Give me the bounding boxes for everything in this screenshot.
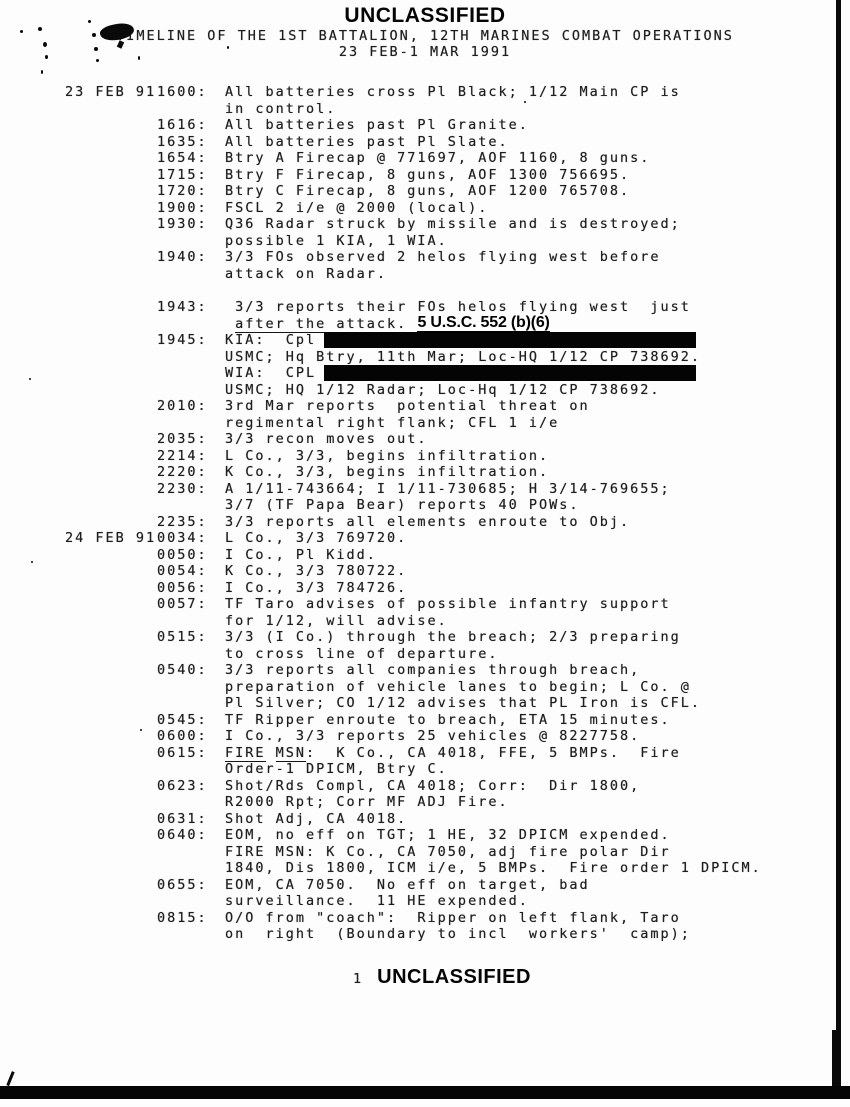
ink-speck — [88, 20, 91, 23]
entry-text: Btry C Firecap, 8 guns, AOF 1200 765708. — [225, 183, 846, 200]
text-segment: Btry A Firecap @ 771697, AOF 1160, 8 gun… — [225, 150, 650, 166]
text-segment: R2000 Rpt; Corr MF ADJ Fire. — [225, 794, 509, 810]
entry-date: 24 FEB 91 — [0, 530, 157, 547]
entry-text: L Co., 3/3 769720. — [225, 530, 846, 547]
text-segment: K Co., 3/3, begins infiltration. — [225, 464, 549, 480]
redaction-bar — [324, 365, 696, 381]
entry-text: 3/3 reports all companies through breach… — [225, 662, 846, 712]
entry-text-line: All batteries past Pl Granite. — [225, 117, 846, 134]
page-number: 1 — [353, 971, 363, 987]
entry-time: 0600: — [157, 728, 225, 745]
text-segment: after the attack. — [235, 316, 407, 333]
timeline-entry: 2214:L Co., 3/3, begins infiltration. — [0, 448, 846, 465]
timeline-entry: 0640:EOM, no eff on TGT; 1 HE, 32 DPICM … — [0, 827, 846, 877]
entry-text-line: FSCL 2 i/e @ 2000 (local). — [225, 200, 846, 217]
entry-text-line: after the attack. 5 U.S.C. 552 (b)(6) — [225, 316, 846, 333]
timeline-entry: 0815:O/O from "coach": Ripper on left fl… — [0, 910, 846, 943]
entry-time: 1654: — [157, 150, 225, 167]
text-segment: USMC; HQ 1/12 Radar; Loc-Hq 1/12 CP 7386… — [225, 382, 661, 398]
text-segment: 3rd Mar reports potential threat on — [225, 398, 590, 414]
text-segment — [407, 316, 417, 332]
entry-text-line: to cross line of departure. — [225, 646, 846, 663]
entry-text-line: 3/3 FOs observed 2 helos flying west bef… — [225, 249, 846, 266]
entry-text-line: EOM, CA 7050. No eff on target, bad — [225, 877, 846, 894]
entry-time: 2214: — [157, 448, 225, 465]
entry-text: Btry A Firecap @ 771697, AOF 1160, 8 gun… — [225, 150, 846, 167]
timeline-entry: 1940:3/3 FOs observed 2 helos flying wes… — [0, 249, 846, 282]
entry-time: 0640: — [157, 827, 225, 844]
text-segment: 1840, Dis 1800, ICM i/e, 5 BMPs. Fire or… — [225, 860, 762, 876]
entry-text: EOM, CA 7050. No eff on target, badsurve… — [225, 877, 846, 910]
text-segment: MSN — [276, 745, 306, 762]
timeline-entry: 1635:All batteries past Pl Slate. — [0, 134, 846, 151]
entry-text-line: USMC; Hq Btry, 11th Mar; Loc-HQ 1/12 CP … — [225, 349, 846, 366]
entry-text: TF Taro advises of possible infantry sup… — [225, 596, 846, 629]
redaction-bar — [324, 332, 696, 348]
entry-text-line: USMC; HQ 1/12 Radar; Loc-Hq 1/12 CP 7386… — [225, 382, 846, 399]
entry-time: 1930: — [157, 216, 225, 233]
entry-text-line: Btry C Firecap, 8 guns, AOF 1200 765708. — [225, 183, 846, 200]
entry-time: 2220: — [157, 464, 225, 481]
timeline-entry: 1715:Btry F Firecap, 8 guns, AOF 1300 75… — [0, 167, 846, 184]
text-segment: regimental right flank; CFL 1 i/e — [225, 415, 559, 431]
timeline-entry: 1900:FSCL 2 i/e @ 2000 (local). — [0, 200, 846, 217]
entry-text: Q36 Radar struck by missile and is destr… — [225, 216, 846, 249]
text-segment: to cross line of departure. — [225, 646, 498, 662]
entry-text: All batteries past Pl Slate. — [225, 134, 846, 151]
entry-time: 2035: — [157, 431, 225, 448]
entry-text: FSCL 2 i/e @ 2000 (local). — [225, 200, 846, 217]
text-segment: O/O from "coach": Ripper on left flank, … — [225, 910, 681, 926]
entry-text: O/O from "coach": Ripper on left flank, … — [225, 910, 846, 943]
entry-text-line: Btry F Firecap, 8 guns, AOF 1300 756695. — [225, 167, 846, 184]
text-segment: FIRE — [225, 745, 266, 762]
entry-time: 2010: — [157, 398, 225, 415]
entry-time: 0815: — [157, 910, 225, 927]
entry-text: K Co., 3/3, begins infiltration. — [225, 464, 846, 481]
entry-text: Btry F Firecap, 8 guns, AOF 1300 756695. — [225, 167, 846, 184]
entry-text-line: O/O from "coach": Ripper on left flank, … — [225, 910, 846, 927]
text-segment: EOM, CA 7050. No eff on target, bad — [225, 877, 590, 893]
timeline-entry: 0631:Shot Adj, CA 4018. — [0, 811, 846, 828]
entry-text-line: FIRE MSN: K Co., CA 4018, FFE, 5 BMPs. F… — [225, 745, 846, 762]
scan-edge-bottom — [0, 1086, 850, 1099]
timeline-entry: 24 FEB 910034:L Co., 3/3 769720. — [0, 530, 846, 547]
text-segment: Shot/Rds Compl, CA 4018; Corr: Dir 1800, — [225, 778, 640, 794]
entry-text-line: Shot Adj, CA 4018. — [225, 811, 846, 828]
timeline-entry: 2220:K Co., 3/3, begins infiltration. — [0, 464, 846, 481]
entry-text-line: Order-1 DPICM, Btry C. — [225, 761, 846, 778]
text-segment: FSCL 2 i/e @ 2000 (local). — [225, 200, 488, 216]
text-segment: Shot Adj, CA 4018. — [225, 811, 407, 827]
entry-time: 1616: — [157, 117, 225, 134]
entry-text-line: Shot/Rds Compl, CA 4018; Corr: Dir 1800, — [225, 778, 846, 795]
timeline-entry: 1654:Btry A Firecap @ 771697, AOF 1160, … — [0, 150, 846, 167]
text-segment: surveillance. 11 HE expended. — [225, 893, 529, 909]
entry-text-line: 3rd Mar reports potential threat on — [225, 398, 846, 415]
text-segment: 3/3 FOs observed 2 helos flying west bef… — [225, 249, 661, 265]
entry-time: 1720: — [157, 183, 225, 200]
timeline-entry: 1930:Q36 Radar struck by missile and is … — [0, 216, 846, 249]
text-segment: Q36 Radar struck by missile and is destr… — [225, 216, 681, 232]
text-segment: for 1/12, will advise. — [225, 613, 448, 629]
timeline-entry: 0623:Shot/Rds Compl, CA 4018; Corr: Dir … — [0, 778, 846, 811]
entry-time: 1635: — [157, 134, 225, 151]
entry-text: I Co., Pl Kidd. — [225, 547, 846, 564]
ink-speck — [45, 55, 48, 59]
entry-time: 0655: — [157, 877, 225, 894]
timeline-entry: 0615:FIRE MSN: K Co., CA 4018, FFE, 5 BM… — [0, 745, 846, 778]
entry-time: 1940: — [157, 249, 225, 266]
entry-text: 3rd Mar reports potential threat onregim… — [225, 398, 846, 431]
ink-speck — [96, 59, 99, 62]
entry-time: 2235: — [157, 514, 225, 531]
entry-text-line: in control. — [225, 101, 846, 118]
ink-speck — [140, 729, 142, 731]
ink-speck — [92, 33, 96, 37]
entry-text-line: 3/3 (I Co.) through the breach; 2/3 prep… — [225, 629, 846, 646]
document-title-line2: 23 FEB-1 MAR 1991 — [0, 45, 850, 60]
timeline-entry: 0050:I Co., Pl Kidd. — [0, 547, 846, 564]
timeline-entry: 1616:All batteries past Pl Granite. — [0, 117, 846, 134]
entry-text: All batteries cross Pl Black; 1/12 Main … — [225, 84, 846, 117]
text-segment: K Co., 3/3 780722. — [225, 563, 407, 579]
entry-text: 3/3 (I Co.) through the breach; 2/3 prep… — [225, 629, 846, 662]
text-segment: on right (Boundary to incl workers' camp… — [225, 926, 691, 942]
entry-time: 1943: — [157, 299, 225, 316]
ink-speck — [94, 47, 98, 51]
entry-text: L Co., 3/3, begins infiltration. — [225, 448, 846, 465]
entry-text: TF Ripper enroute to breach, ETA 15 minu… — [225, 712, 846, 729]
text-segment: FIRE MSN: K Co., CA 7050, adj fire polar… — [225, 844, 671, 860]
entry-text-line: EOM, no eff on TGT; 1 HE, 32 DPICM expen… — [225, 827, 846, 844]
timeline-entry: 1945:KIA: CplUSMC; Hq Btry, 11th Mar; Lo… — [0, 332, 846, 398]
entry-time: 1945: — [157, 332, 225, 349]
entry-text: 3/3 reports their FOs helos flying west … — [225, 299, 846, 332]
ink-speck — [38, 27, 42, 31]
entry-text-line: R2000 Rpt; Corr MF ADJ Fire. — [225, 794, 846, 811]
entry-text: FIRE MSN: K Co., CA 4018, FFE, 5 BMPs. F… — [225, 745, 846, 778]
entry-text-line: FIRE MSN: K Co., CA 7050, adj fire polar… — [225, 844, 846, 861]
text-segment: 3/3 reports their FOs helos flying west … — [225, 299, 691, 315]
ink-slash — [6, 1071, 14, 1086]
timeline-entry: 1943: 3/3 reports their FOs helos flying… — [0, 299, 846, 332]
entry-text: I Co., 3/3 784726. — [225, 580, 846, 597]
entry-time: 0034: — [157, 530, 225, 547]
entry-time: 0615: — [157, 745, 225, 762]
entry-text-line: Btry A Firecap @ 771697, AOF 1160, 8 gun… — [225, 150, 846, 167]
entry-text-line: attack on Radar. — [225, 266, 846, 283]
entry-text: Shot Adj, CA 4018. — [225, 811, 846, 828]
ink-speck — [138, 56, 140, 60]
ink-speck — [43, 42, 47, 47]
scan-edge-right — [836, 0, 841, 1087]
entry-text-line: 3/7 (TF Papa Bear) reports 40 POWs. — [225, 497, 846, 514]
entry-text: All batteries past Pl Granite. — [225, 117, 846, 134]
entry-text: Shot/Rds Compl, CA 4018; Corr: Dir 1800,… — [225, 778, 846, 811]
text-segment: attack on Radar. — [225, 266, 387, 282]
entry-text-line: preparation of vehicle lanes to begin; L… — [225, 679, 846, 696]
entry-text-line: 3/3 reports all companies through breach… — [225, 662, 846, 679]
entry-time: 0056: — [157, 580, 225, 597]
entry-time: 0050: — [157, 547, 225, 564]
text-segment: TF Taro advises of possible infantry sup… — [225, 596, 671, 612]
text-segment: preparation of vehicle lanes to begin; L… — [225, 679, 691, 695]
text-segment: A 1/11-743664; I 1/11-730685; H 3/14-769… — [225, 481, 671, 497]
text-segment: L Co., 3/3, begins infiltration. — [225, 448, 549, 464]
classification-banner-bottom: UNCLASSIFIED — [377, 966, 531, 988]
entry-text-line: L Co., 3/3 769720. — [225, 530, 846, 547]
text-segment — [225, 316, 235, 332]
text-segment: 3/3 (I Co.) through the breach; 2/3 prep… — [225, 629, 681, 645]
entry-text-line: 3/3 reports all elements enroute to Obj. — [225, 514, 846, 531]
entry-text: 3/3 reports all elements enroute to Obj. — [225, 514, 846, 531]
entry-text: EOM, no eff on TGT; 1 HE, 32 DPICM expen… — [225, 827, 846, 877]
text-segment: I Co., 3/3 784726. — [225, 580, 407, 596]
ink-speck — [29, 378, 31, 380]
entry-time: 0057: — [157, 596, 225, 613]
text-segment: EOM, no eff on TGT; 1 HE, 32 DPICM expen… — [225, 827, 671, 843]
text-segment: Order-1 DPICM, Btry C. — [225, 761, 448, 777]
entry-text-line: A 1/11-743664; I 1/11-730685; H 3/14-769… — [225, 481, 846, 498]
entry-text-line: K Co., 3/3 780722. — [225, 563, 846, 580]
ink-speck — [31, 561, 33, 563]
timeline-entry: 23 FEB 911600:All batteries cross Pl Bla… — [0, 84, 846, 117]
entry-time: 0545: — [157, 712, 225, 729]
timeline-entry: 0056:I Co., 3/3 784726. — [0, 580, 846, 597]
ink-speck — [20, 30, 23, 33]
entry-text: K Co., 3/3 780722. — [225, 563, 846, 580]
timeline-entry: 2230:A 1/11-743664; I 1/11-730685; H 3/1… — [0, 481, 846, 514]
entry-text-line: on right (Boundary to incl workers' camp… — [225, 926, 846, 943]
text-segment: KIA: Cpl — [225, 332, 316, 348]
text-segment: 3/3 reports all elements enroute to Obj. — [225, 514, 630, 530]
entry-time: 0623: — [157, 778, 225, 795]
entry-text-line: regimental right flank; CFL 1 i/e — [225, 415, 846, 432]
timeline: 23 FEB 911600:All batteries cross Pl Bla… — [0, 84, 846, 943]
entry-date: 23 FEB 91 — [0, 84, 157, 101]
entry-time: 0054: — [157, 563, 225, 580]
ink-speck — [227, 46, 229, 49]
text-segment: I Co., Pl Kidd. — [225, 547, 377, 563]
text-segment: Btry F Firecap, 8 guns, AOF 1300 756695. — [225, 167, 630, 183]
text-segment: WIA: CPL — [225, 365, 316, 381]
entry-time: 1900: — [157, 200, 225, 217]
entry-text: KIA: CplUSMC; Hq Btry, 11th Mar; Loc-HQ … — [225, 332, 846, 398]
entry-text-line: 1840, Dis 1800, ICM i/e, 5 BMPs. Fire or… — [225, 860, 846, 877]
timeline-entry: 1720:Btry C Firecap, 8 guns, AOF 1200 76… — [0, 183, 846, 200]
text-segment: All batteries past Pl Slate. — [225, 134, 509, 150]
entry-text-line: I Co., Pl Kidd. — [225, 547, 846, 564]
entry-text-line: 3/3 recon moves out. — [225, 431, 846, 448]
text-segment: : K Co., CA 4018, FFE, 5 BMPs. Fire — [306, 745, 681, 761]
text-segment: TF Ripper enroute to breach, ETA 15 minu… — [225, 712, 671, 728]
timeline-entry: 0515:3/3 (I Co.) through the breach; 2/3… — [0, 629, 846, 662]
entry-text-line: TF Ripper enroute to breach, ETA 15 minu… — [225, 712, 846, 729]
timeline-entry: 0054:K Co., 3/3 780722. — [0, 563, 846, 580]
entry-text-line: Q36 Radar struck by missile and is destr… — [225, 216, 846, 233]
entry-time: 2230: — [157, 481, 225, 498]
entry-text-line: WIA: CPL — [225, 365, 846, 382]
text-segment: 3/3 recon moves out. — [225, 431, 428, 447]
document-footer: 1UNCLASSIFIED — [0, 966, 850, 989]
ink-speck — [41, 70, 43, 74]
text-segment: 3/7 (TF Papa Bear) reports 40 POWs. — [225, 497, 579, 513]
ink-speck — [524, 101, 526, 103]
timeline-entry: 2010:3rd Mar reports potential threat on… — [0, 398, 846, 431]
timeline-entry: 0600:I Co., 3/3 reports 25 vehicles @ 82… — [0, 728, 846, 745]
entry-text-line: for 1/12, will advise. — [225, 613, 846, 630]
text-segment: All batteries past Pl Granite. — [225, 117, 529, 133]
entry-text-line: surveillance. 11 HE expended. — [225, 893, 846, 910]
entry-time: 0540: — [157, 662, 225, 679]
entry-time: 0631: — [157, 811, 225, 828]
text-segment: Btry C Firecap, 8 guns, AOF 1200 765708. — [225, 183, 630, 199]
scan-edge-right-bottom — [832, 1030, 841, 1088]
text-segment: possible 1 KIA, 1 WIA. — [225, 233, 448, 249]
entry-text: I Co., 3/3 reports 25 vehicles @ 8227758… — [225, 728, 846, 745]
entry-time: 1715: — [157, 167, 225, 184]
timeline-entry: 0545:TF Ripper enroute to breach, ETA 15… — [0, 712, 846, 729]
text-segment: in control. — [225, 101, 336, 117]
timeline-entry: 2035:3/3 recon moves out. — [0, 431, 846, 448]
text-segment: USMC; Hq Btry, 11th Mar; Loc-HQ 1/12 CP … — [225, 349, 701, 365]
scanned-document-page: UNCLASSIFIED TIMELINE OF THE 1ST BATTALI… — [0, 0, 850, 1107]
entry-text-line: Pl Silver; CO 1/12 advises that PL Iron … — [225, 695, 846, 712]
entry-time: 1600: — [157, 84, 225, 101]
timeline-entry: 0540:3/3 reports all companies through b… — [0, 662, 846, 712]
entry-text-line: L Co., 3/3, begins infiltration. — [225, 448, 846, 465]
entry-text-line: All batteries cross Pl Black; 1/12 Main … — [225, 84, 846, 101]
text-segment: All batteries cross Pl Black; 1/12 Main … — [225, 84, 681, 100]
entry-text-line: I Co., 3/3 reports 25 vehicles @ 8227758… — [225, 728, 846, 745]
timeline-entry: 0057:TF Taro advises of possible infantr… — [0, 596, 846, 629]
entry-text-line: I Co., 3/3 784726. — [225, 580, 846, 597]
text-segment: I Co., 3/3 reports 25 vehicles @ 8227758… — [225, 728, 640, 744]
entry-text-line: possible 1 KIA, 1 WIA. — [225, 233, 846, 250]
foia-exemption-stamp: 5 U.S.C. 552 (b)(6) — [417, 314, 549, 333]
text-segment — [266, 745, 276, 761]
entry-text-line: K Co., 3/3, begins infiltration. — [225, 464, 846, 481]
timeline-entry: 0655:EOM, CA 7050. No eff on target, bad… — [0, 877, 846, 910]
entry-text: A 1/11-743664; I 1/11-730685; H 3/14-769… — [225, 481, 846, 514]
entry-time: 0515: — [157, 629, 225, 646]
timeline-entry: 2235:3/3 reports all elements enroute to… — [0, 514, 846, 531]
entry-text: 3/3 FOs observed 2 helos flying west bef… — [225, 249, 846, 282]
text-segment: L Co., 3/3 769720. — [225, 530, 407, 546]
text-segment: 3/3 reports all companies through breach… — [225, 662, 640, 678]
text-segment: Pl Silver; CO 1/12 advises that PL Iron … — [225, 695, 701, 711]
entry-text-line: KIA: Cpl — [225, 332, 846, 349]
entry-text-line: All batteries past Pl Slate. — [225, 134, 846, 151]
entry-text-line: TF Taro advises of possible infantry sup… — [225, 596, 846, 613]
entry-text: 3/3 recon moves out. — [225, 431, 846, 448]
